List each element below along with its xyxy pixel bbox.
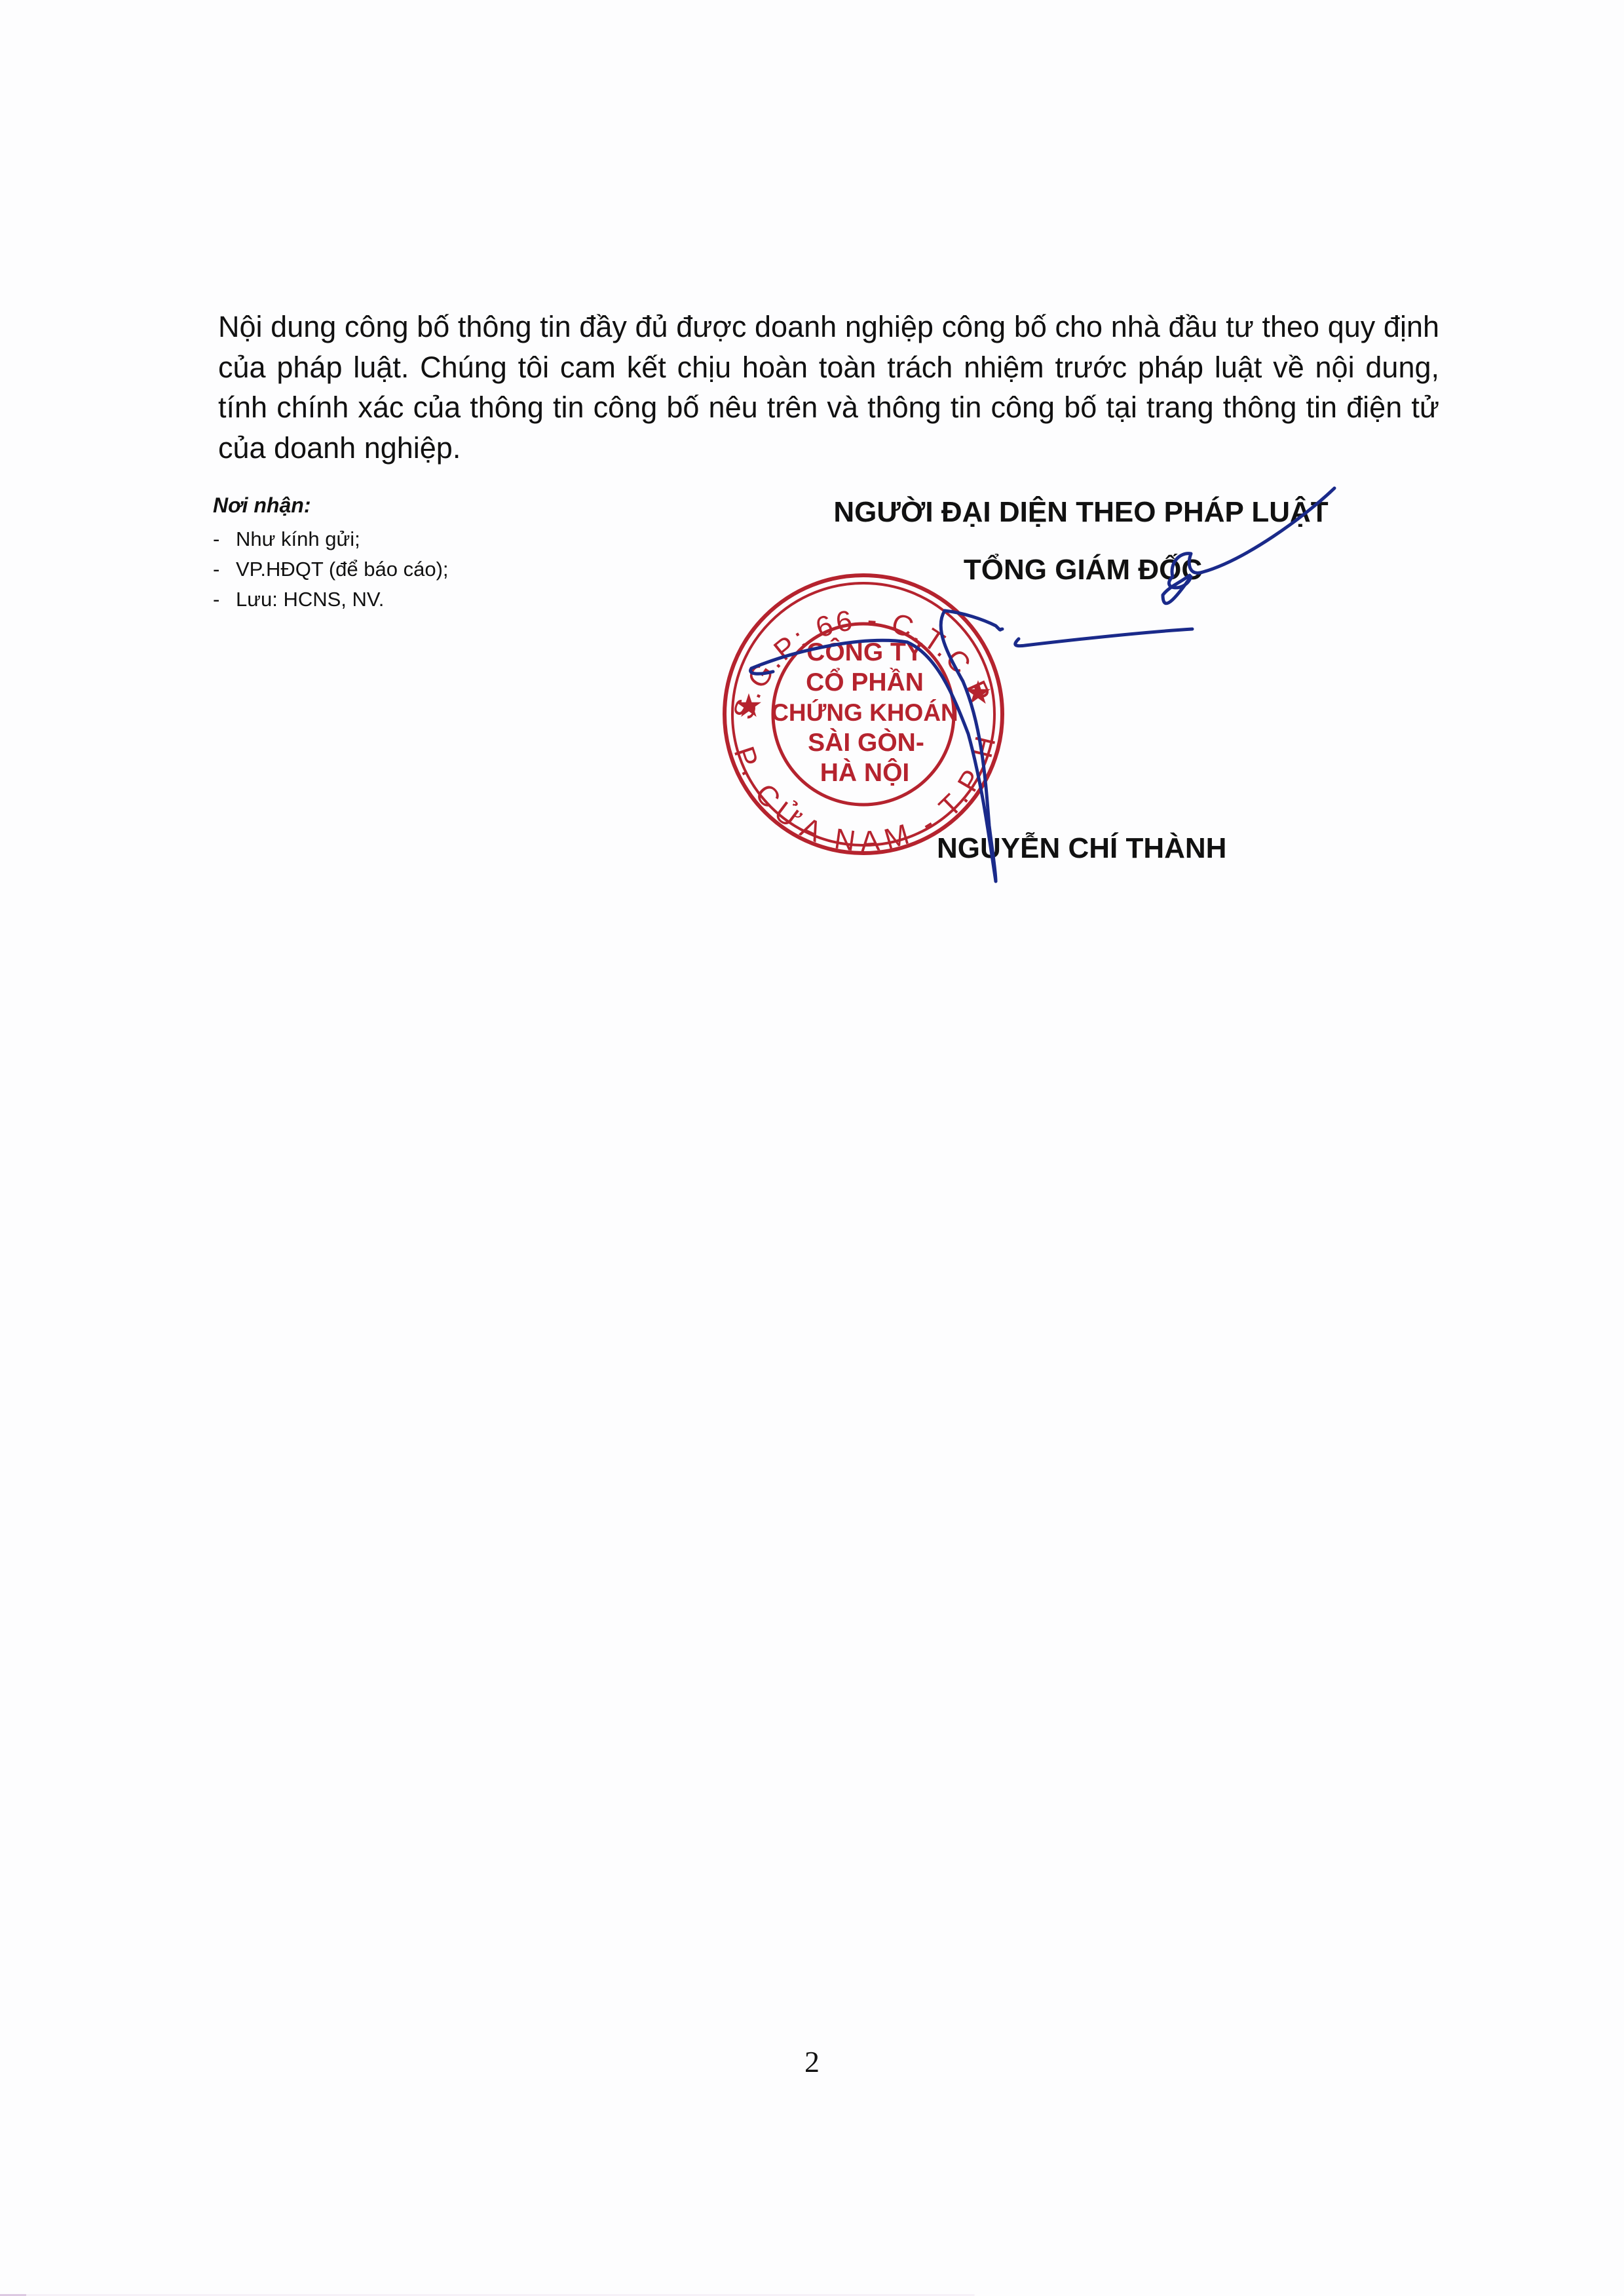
signer-name: NGUYỄN CHÍ THÀNH: [937, 832, 1226, 865]
recipient-text: Như kính gửi;: [236, 524, 360, 554]
recipient-item: - Như kính gửi;: [213, 524, 449, 554]
disclosure-paragraph: Nội dung công bố thông tin đầy đủ được d…: [218, 307, 1439, 468]
stamp-rings: [725, 575, 1002, 853]
star-icon: ★: [736, 690, 761, 722]
stamp-center-line: SÀI GÒN-: [808, 728, 924, 757]
recipient-item: - VP.HĐQT (để báo cáo);: [213, 554, 449, 584]
legal-representative-title: NGƯỜI ĐẠI DIỆN THEO PHÁP LUẬT: [786, 496, 1376, 529]
stamp-center-line: CỔ PHẦN: [806, 667, 924, 697]
recipient-text: VP.HĐQT (để báo cáo);: [236, 554, 449, 584]
recipient-item: - Lưu: HCNS, NV.: [213, 584, 449, 615]
list-bullet: -: [213, 554, 236, 584]
stamp-center-line: HÀ NỘI: [820, 757, 910, 787]
page-number: 2: [0, 2044, 1624, 2079]
list-bullet: -: [213, 524, 236, 554]
star-icon: ★: [965, 677, 991, 709]
list-bullet: -: [213, 584, 236, 615]
general-director-title: TỔNG GIÁM ĐỐC: [788, 554, 1378, 586]
stamp-center-line: CÔNG TY: [806, 637, 923, 666]
recipients-heading: Nơi nhận:: [213, 490, 449, 520]
recipients-block: Nơi nhận: - Như kính gửi; - VP.HĐQT (để …: [213, 490, 449, 615]
stamp-ring-top-text: S.G.P: 66 - C.T.C.P: [727, 603, 998, 723]
stamp-center-line: CHỨNG KHOÁN: [771, 698, 958, 726]
recipient-text: Lưu: HCNS, NV.: [236, 584, 384, 615]
